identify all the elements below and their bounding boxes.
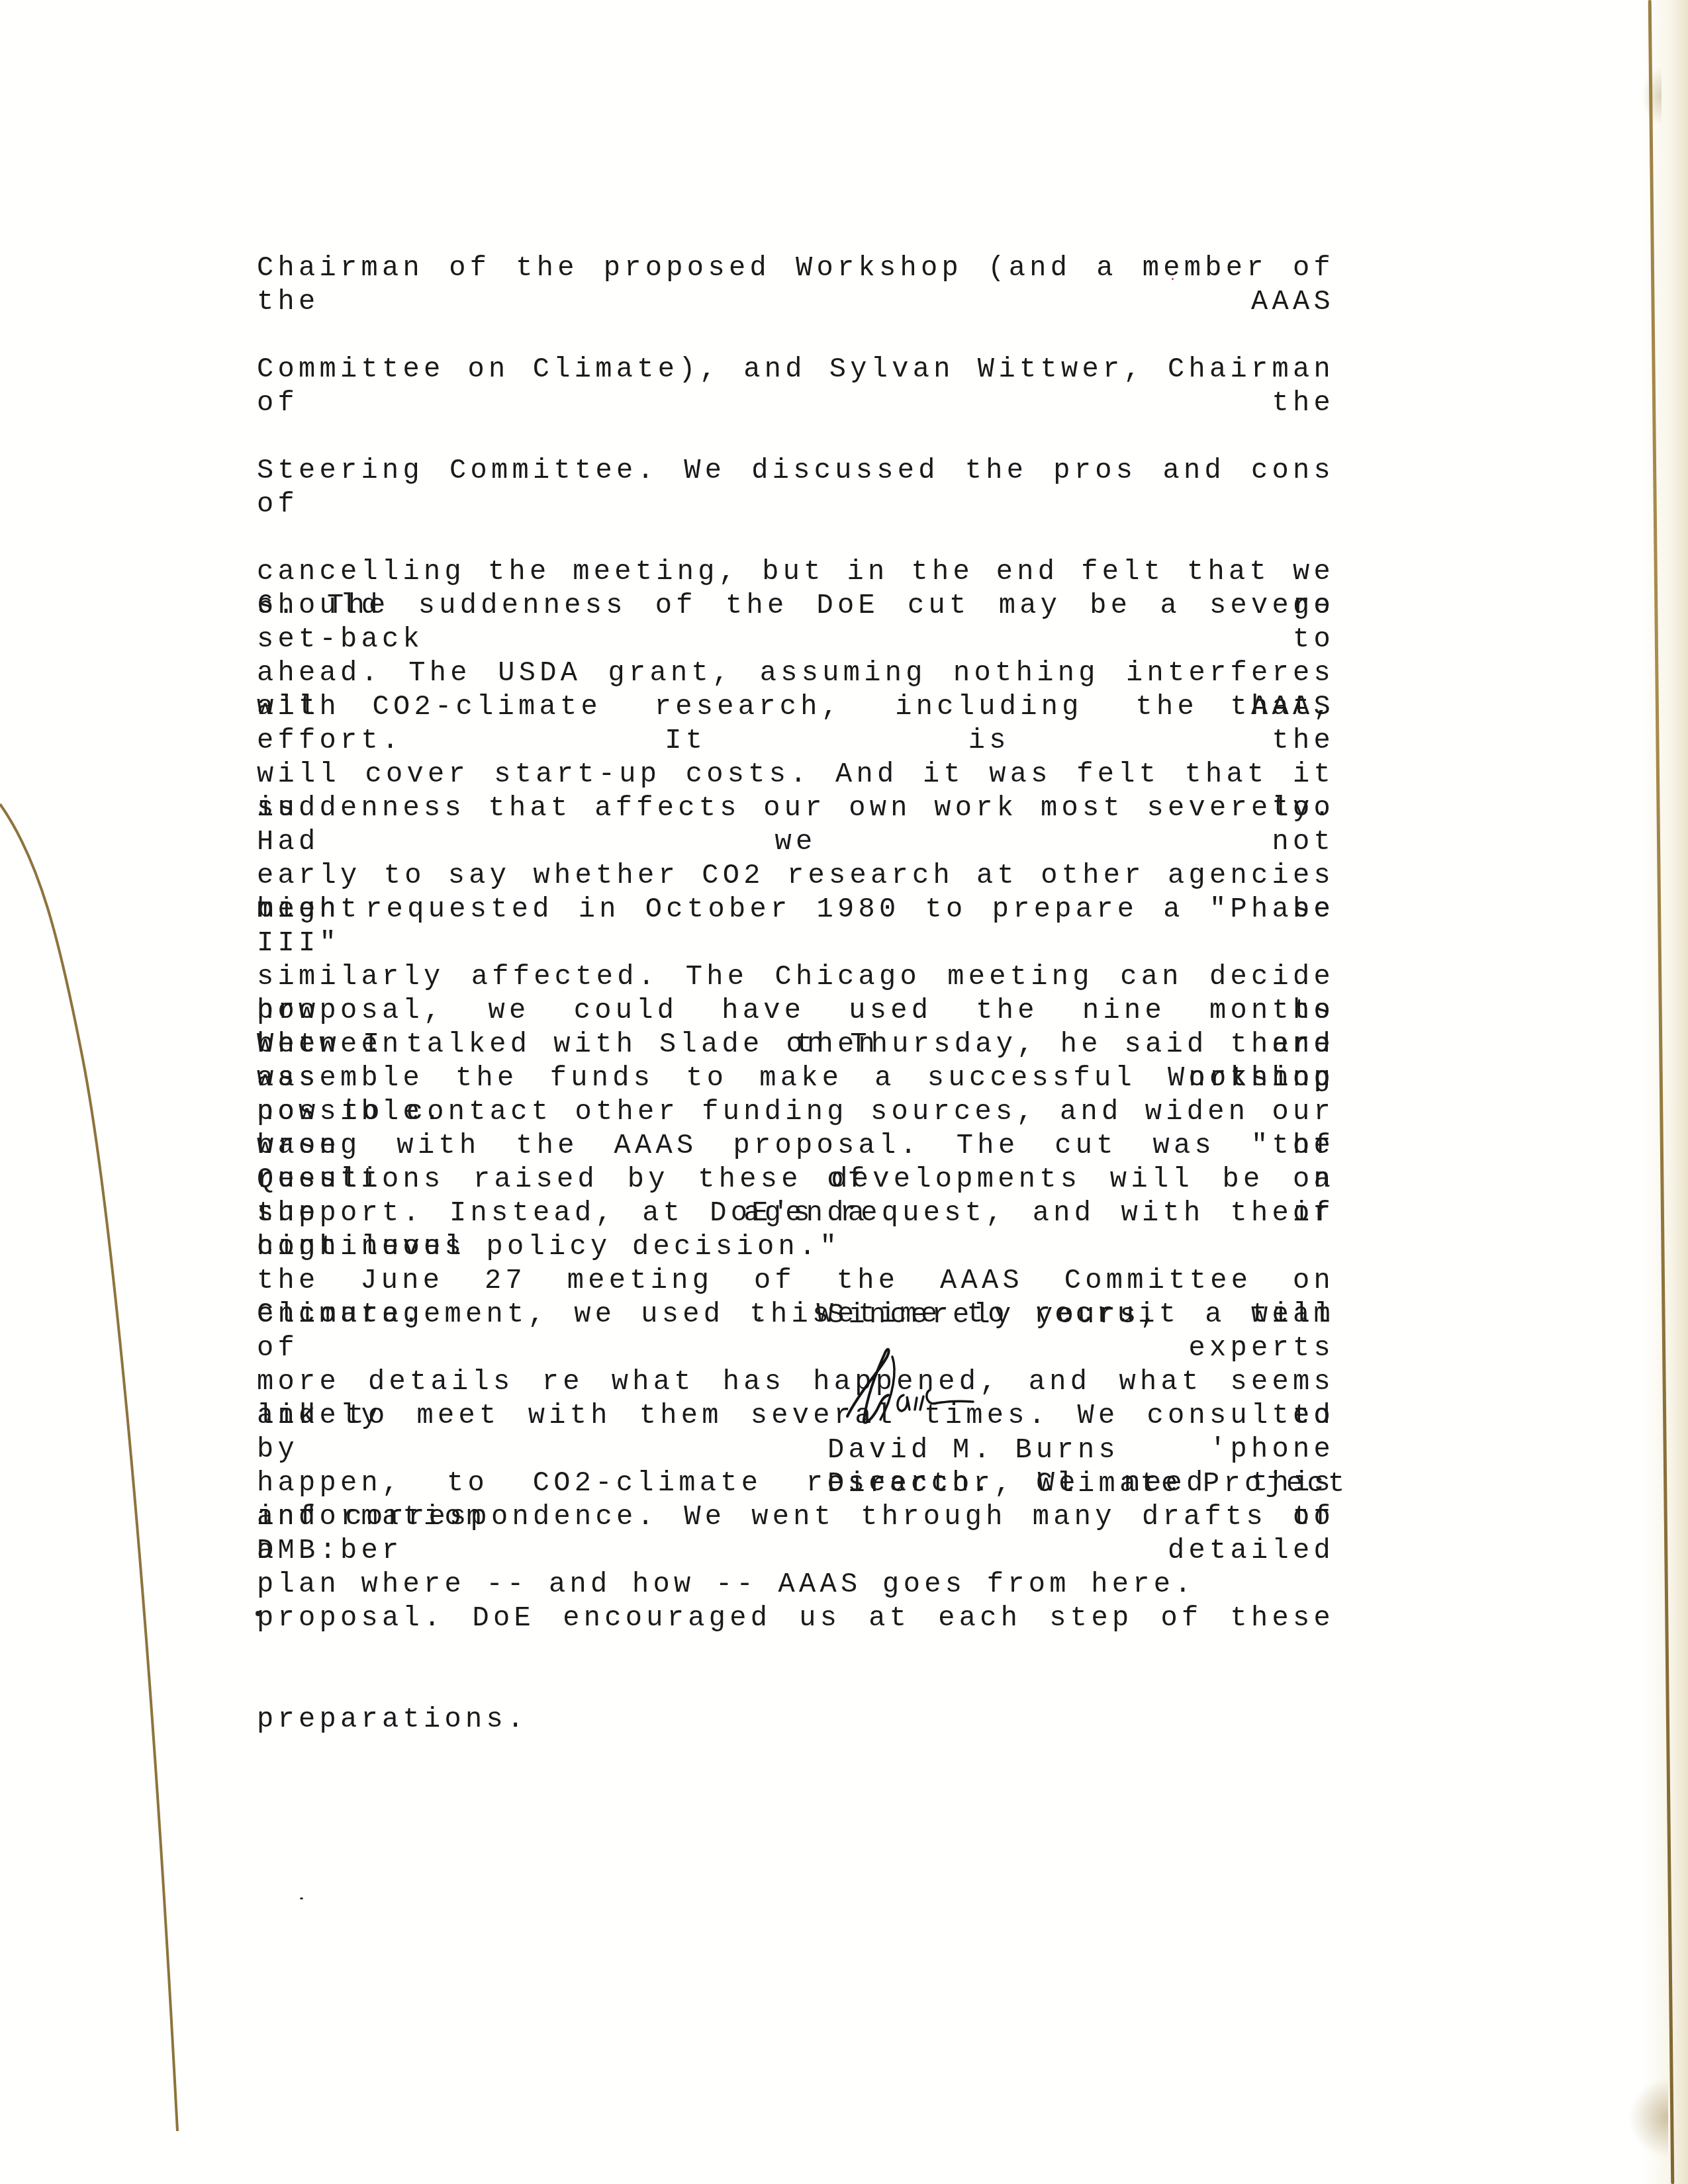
handwritten-signature: Dave	[841, 1343, 1006, 1430]
ink-speck	[256, 1611, 261, 1616]
paragraph-questions: Questions raised by these developments w…	[257, 1095, 1335, 1669]
closing-salutation: Sincerely yours,	[827, 1298, 1161, 1332]
text-line: plan where -- and how -- AAAS goes from …	[257, 1568, 1335, 1602]
paper-curl-edge	[0, 0, 265, 2184]
signer-name: David M. Burns	[827, 1434, 1119, 1466]
right-fold-stain-bottom	[1628, 2078, 1668, 2158]
text-line: Steering Committee. We discussed the pro…	[257, 454, 1335, 488]
text-line: Committee on Climate), and Sylvan Wittwe…	[257, 353, 1335, 387]
text-line: been requested in October 1980 to prepar…	[257, 893, 1335, 927]
text-line: 6. The suddenness of the DoE cut may be …	[257, 589, 1335, 623]
text-line: all CO2-climate research, including the …	[257, 690, 1335, 724]
text-line: Chairman of the proposed Workshop (and a…	[257, 251, 1335, 285]
ink-speck	[758, 1317, 761, 1320]
signer-title: Director, Climate Project	[827, 1468, 1349, 1500]
text-line: the June 27 meeting of the AAAS Committe…	[257, 1264, 1335, 1298]
ink-speck	[1172, 278, 1174, 280]
text-line: preparations.	[257, 1703, 1335, 1737]
letter-page: Chairman of the proposed Workshop (and a…	[0, 0, 1688, 2184]
typist-initials: DMB:ber	[257, 1534, 403, 1568]
text-line: suddenness that affects our own work mos…	[257, 792, 1335, 825]
text-line: more details re what has happened, and w…	[257, 1365, 1335, 1399]
signer-block: David M. Burns Director, Climate Project	[827, 1433, 1349, 1501]
text-line: Questions raised by these developments w…	[257, 1163, 1335, 1197]
text-line: When I talked with Slade on Thursday, he…	[257, 1028, 1335, 1062]
ink-speck	[300, 1897, 303, 1899]
right-edge-shadow	[1642, 0, 1688, 2184]
